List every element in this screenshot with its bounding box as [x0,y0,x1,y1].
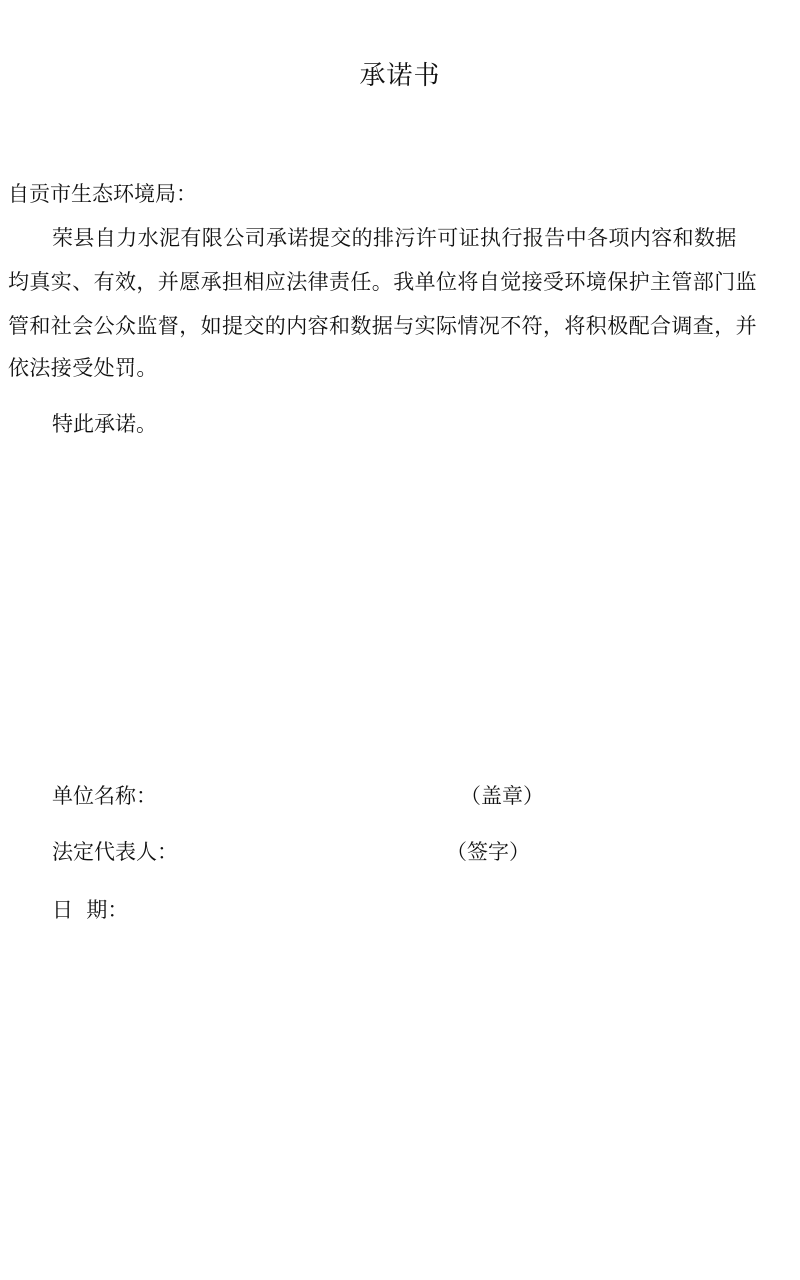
closing-statement: 特此承诺。 [52,406,157,442]
body-line-1: 荣县自力水泥有限公司承诺提交的排污许可证执行报告中各项内容和数据 [52,220,737,256]
document-page: 承诺书 自贡市生态环境局： 荣县自力水泥有限公司承诺提交的排污许可证执行报告中各… [0,0,800,1280]
legal-representative-label: 法定代表人： [52,834,178,870]
unit-name-label: 单位名称： [52,778,157,814]
body-line-3: 管和社会公众监督，如提交的内容和数据与实际情况不符，将积极配合调查，并 [8,308,757,344]
signature-note: （签字） [446,834,530,870]
document-title: 承诺书 [0,56,800,96]
addressee: 自贡市生态环境局： [8,176,197,212]
body-line-4: 依法接受处罚。 [8,350,158,386]
seal-note: （盖章） [460,778,544,814]
body-line-2: 均真实、有效，并愿承担相应法律责任。我单位将自觉接受环境保护主管部门监 [8,264,757,300]
date-label: 日 期： [52,892,128,928]
